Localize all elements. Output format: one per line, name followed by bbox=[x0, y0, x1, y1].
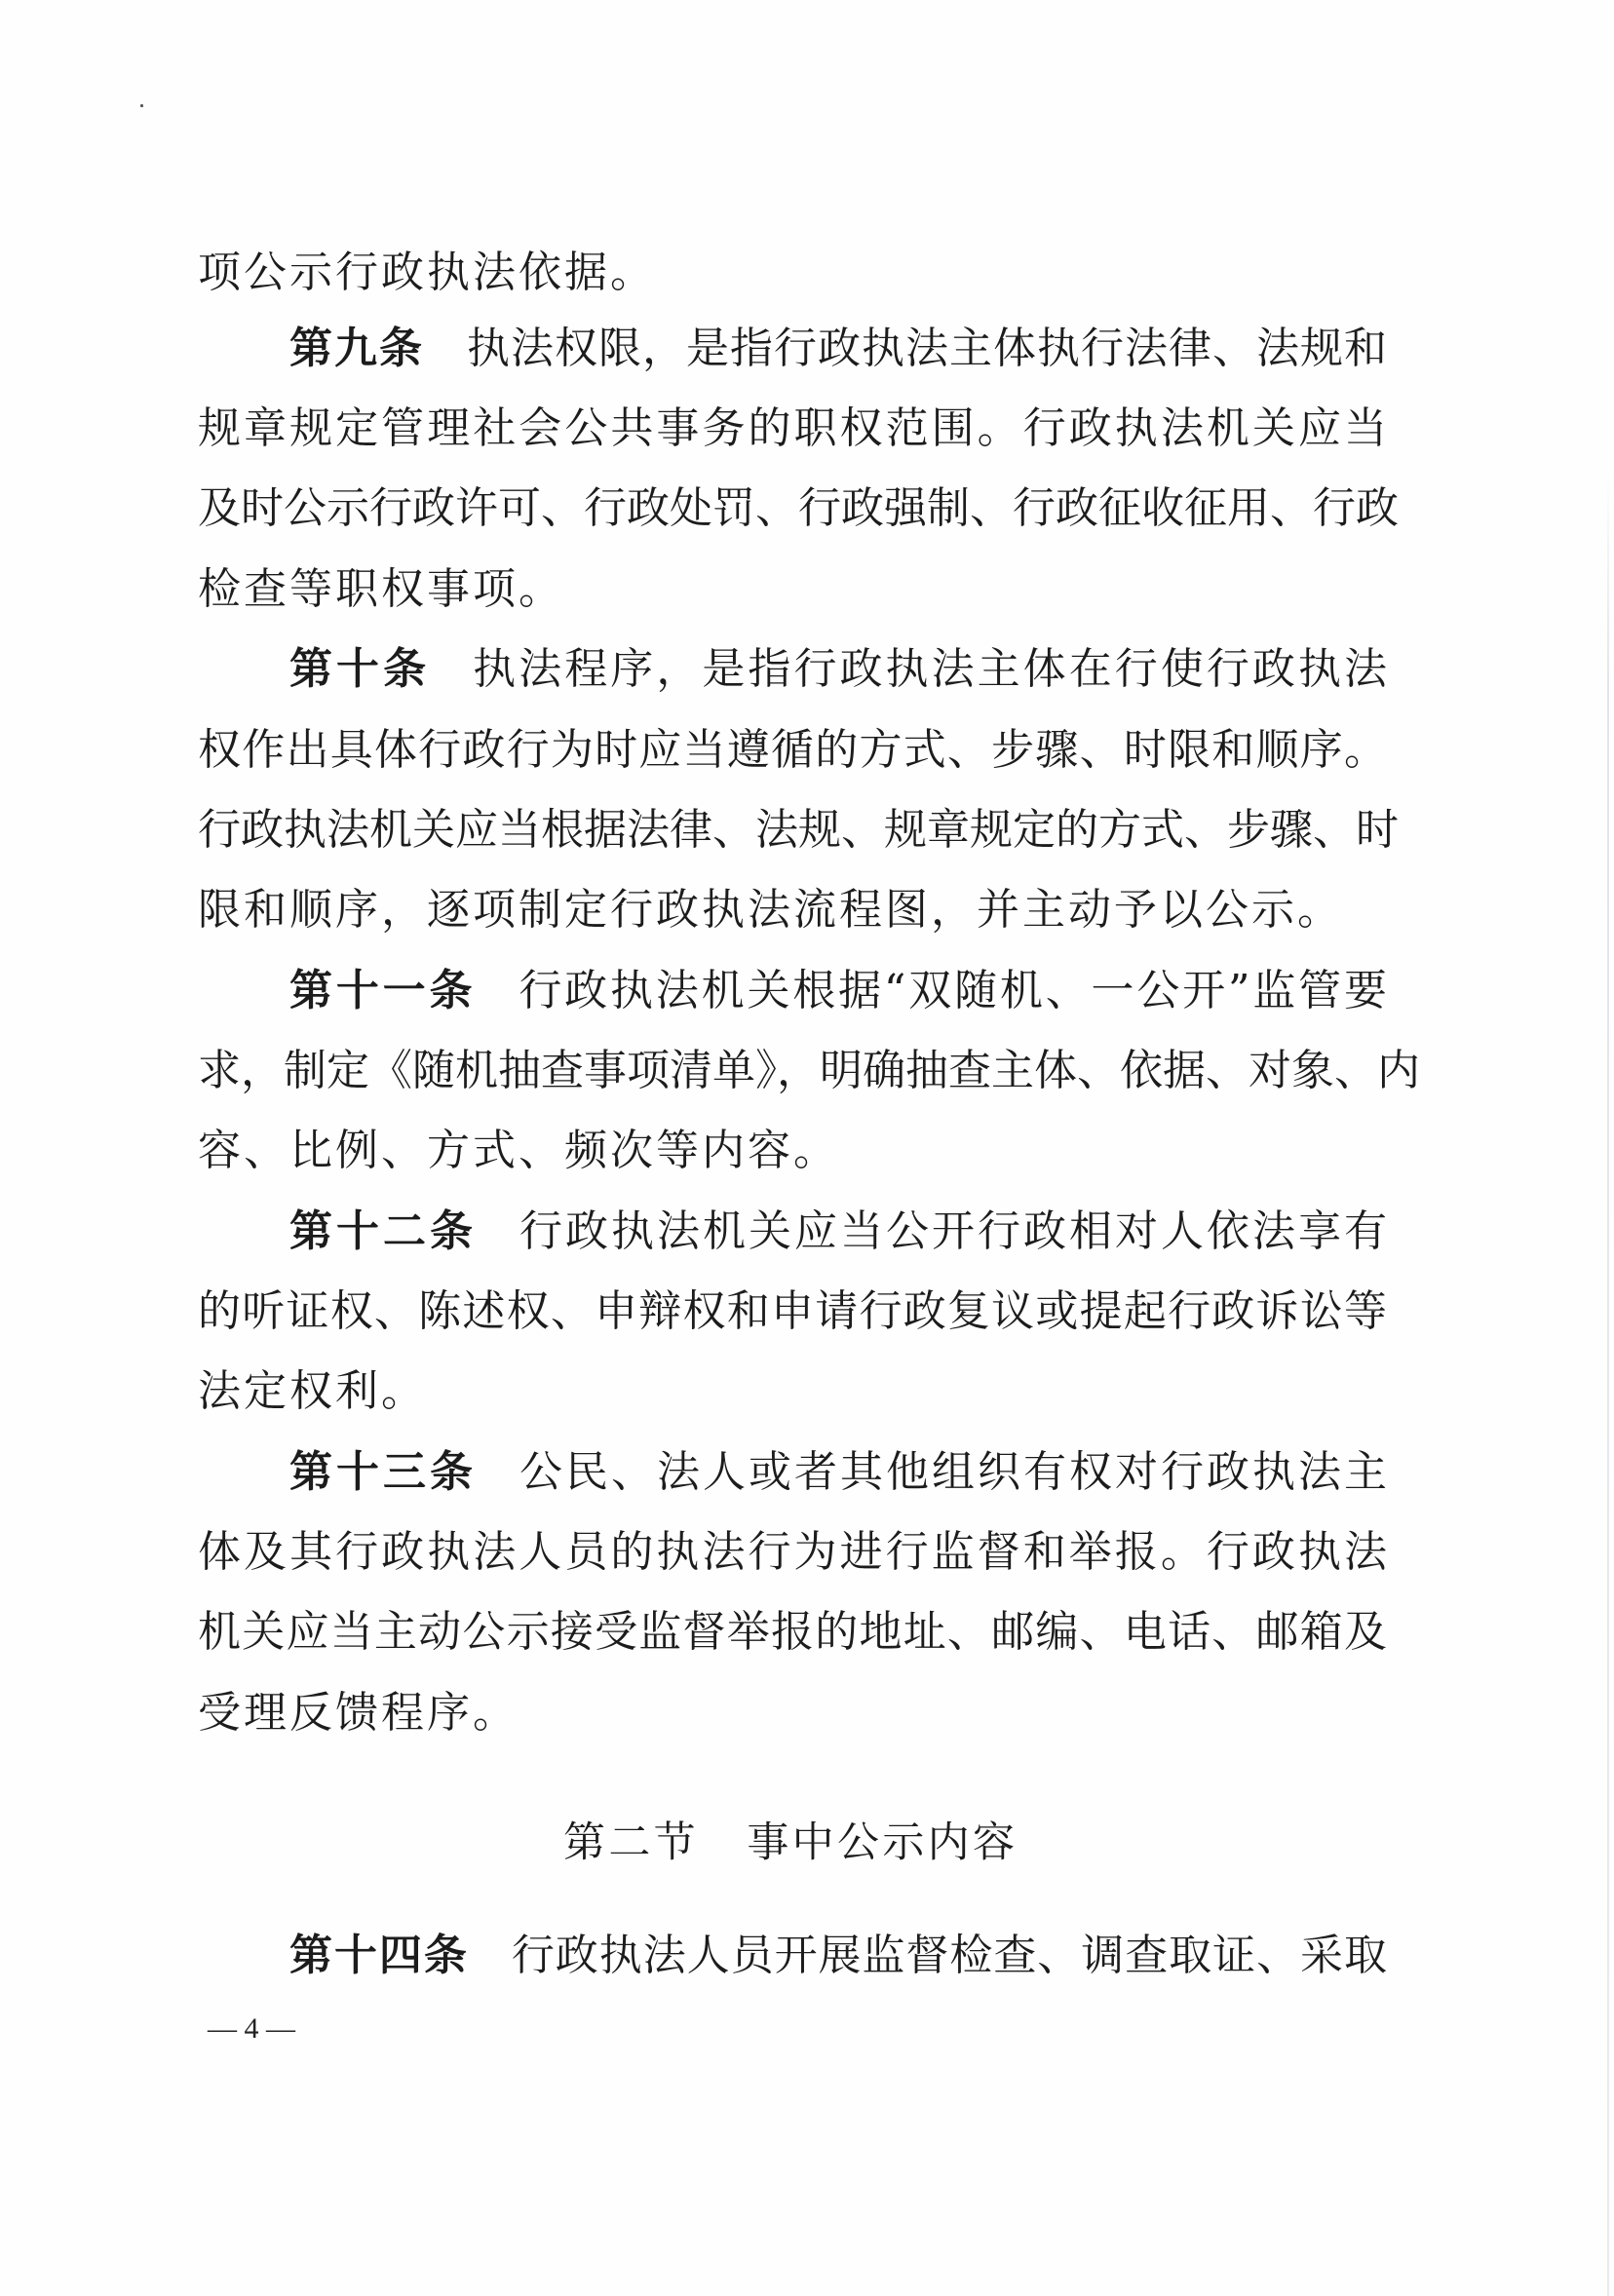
article-13-first-line: 第十三条公民、法人或者其他组织有权对行政执法主 bbox=[289, 1443, 1387, 1502]
paragraph-line: 项公示行政执法依据。 bbox=[198, 244, 1387, 302]
article-heading: 第十三条 bbox=[289, 1447, 477, 1497]
paragraph-line: 权作出具体行政行为时应当遵循的方式、步骤、时限和顺序。 bbox=[198, 721, 1387, 780]
paragraph-line: 及时公示行政许可、行政处罚、行政强制、行政征收征用、行政 bbox=[198, 479, 1387, 538]
scan-speck bbox=[140, 104, 143, 107]
scan-edge-line bbox=[1607, 468, 1609, 2296]
paragraph-line: 法定权利。 bbox=[198, 1362, 1387, 1421]
article-text: 执法权限，是指行政执法主体执行法律、法规和 bbox=[467, 324, 1387, 373]
article-text: 公民、法人或者其他组织有权对行政执法主 bbox=[519, 1447, 1387, 1497]
article-heading: 第十一条 bbox=[289, 966, 476, 1015]
paragraph-line: 受理反馈程序。 bbox=[198, 1684, 1387, 1742]
article-14-first-line: 第十四条行政执法人员开展监督检查、调查取证、采取 bbox=[289, 1927, 1387, 1985]
document-page: 项公示行政执法依据。 第九条执法权限，是指行政执法主体执行法律、法规和 规章规定… bbox=[0, 0, 1614, 2296]
section-number: 第二节 bbox=[563, 1818, 699, 1867]
section-name: 事中公示内容 bbox=[744, 1818, 1015, 1867]
article-text: 行政执法机关根据“双随机、一公开”监管要 bbox=[519, 966, 1387, 1015]
paragraph-line: 求，制定《随机抽查事项清单》，明确抽查主体、依据、对象、内 bbox=[198, 1042, 1387, 1100]
article-heading: 第九条 bbox=[289, 324, 424, 373]
article-10-first-line: 第十条执法程序，是指行政执法主体在行使行政执法 bbox=[289, 640, 1387, 699]
paragraph-line: 检查等职权事项。 bbox=[198, 560, 1387, 619]
paragraph-line: 的听证权、陈述权、申辩权和申请行政复议或提起行政诉讼等 bbox=[198, 1282, 1387, 1341]
article-heading: 第十条 bbox=[289, 644, 430, 694]
article-12-first-line: 第十二条行政执法机关应当公开行政相对人依法享有 bbox=[289, 1203, 1387, 1261]
paragraph-line: 行政执法机关应当根据法律、法规、规章规定的方式、步骤、时 bbox=[198, 801, 1387, 860]
article-9-first-line: 第九条执法权限，是指行政执法主体执行法律、法规和 bbox=[289, 320, 1387, 378]
article-11-first-line: 第十一条行政执法机关根据“双随机、一公开”监管要 bbox=[289, 962, 1387, 1020]
article-text: 行政执法机关应当公开行政相对人依法享有 bbox=[519, 1206, 1387, 1256]
paragraph-line: 容、比例、方式、频次等内容。 bbox=[198, 1122, 1387, 1180]
paragraph-line: 体及其行政执法人员的执法行为进行监督和举报。行政执法 bbox=[198, 1523, 1387, 1582]
article-heading: 第十四条 bbox=[289, 1931, 469, 1980]
section-title: 第二节事中公示内容 bbox=[563, 1814, 1015, 1872]
paragraph-line: 机关应当主动公示接受监督举报的地址、邮编、电话、邮箱及 bbox=[198, 1603, 1387, 1662]
page-number: — 4 — bbox=[208, 2009, 295, 2048]
paragraph-line: 限和顺序，逐项制定行政执法流程图，并主动予以公示。 bbox=[198, 881, 1387, 939]
article-text: 执法程序，是指行政执法主体在行使行政执法 bbox=[473, 644, 1387, 694]
article-text: 行政执法人员开展监督检查、调查取证、采取 bbox=[512, 1931, 1387, 1980]
article-heading: 第十二条 bbox=[289, 1206, 477, 1256]
paragraph-line: 规章规定管理社会公共事务的职权范围。行政执法机关应当 bbox=[198, 400, 1387, 458]
